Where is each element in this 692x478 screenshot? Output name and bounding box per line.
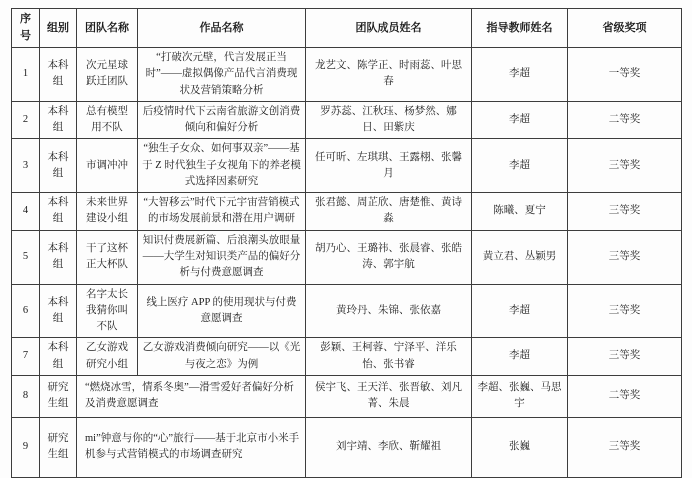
cell-advisors: 黄立君、丛颖男 — [472, 230, 568, 284]
header-members: 团队成员姓名 — [306, 9, 472, 48]
header-work: 作品名称 — [138, 9, 306, 48]
cell-no: 9 — [12, 417, 40, 435]
cell-team: 乙女游戏研究小组 — [77, 338, 138, 376]
cell-advisors: 李超 — [472, 284, 568, 338]
cell-members: 胡乃心、王璐祎、张晨睿、张皓涛、郭宇航 — [306, 230, 472, 284]
cell-award: 三等奖 — [568, 139, 682, 193]
cell-group: 研究生组 — [40, 417, 77, 435]
cell-group: 本科组 — [40, 193, 77, 231]
cell-advisors: 李超 — [472, 101, 568, 139]
cell-advisors: 李超 — [472, 139, 568, 193]
header-award: 省级奖项 — [568, 9, 682, 48]
cell-award: 三等奖 — [568, 417, 682, 435]
cell-group: 本科组 — [40, 139, 77, 193]
cell-award: 二等奖 — [568, 375, 682, 417]
cell-no: 4 — [12, 193, 40, 231]
cell-advisors: 张巍 — [472, 417, 568, 435]
cell-award: 三等奖 — [568, 284, 682, 338]
cell-members: 黄玲丹、朱锦、张依嘉 — [306, 284, 472, 338]
cell-work: “独生子女众、如何事双亲”——基于 Z 时代独生子女视角下的养老模式选择因素研究 — [138, 139, 306, 193]
cell-members: 彭颖、王柯蓉、宁泽平、洋乐怡、张书睿 — [306, 338, 472, 376]
table-row: 9 研究生组 mi”钟意与你的“心”旅行——基于北京市小米手机参与式营销模式的市… — [12, 417, 682, 435]
cell-members: 龙艺文、陈学正、时雨蕊、叶思春 — [306, 48, 472, 102]
table-row: 1 本科组 次元星球跃迁团队 “打破次元壁，代言发展正当时”——虚拟偶像产品代言… — [12, 48, 682, 102]
cell-award: 三等奖 — [568, 338, 682, 376]
cell-no: 7 — [12, 338, 40, 376]
cell-award: 三等奖 — [568, 230, 682, 284]
table-row: 2 本科组 总有模型用不队 后疫情时代下云南省旅游文创消费倾向和偏好分析 罗苏蕊… — [12, 101, 682, 139]
table-row: 5 本科组 干了这杯正大杯队 知识付费展新篇、后浪潮头放眼量——大学生对知识类产… — [12, 230, 682, 284]
header-advisors: 指导教师姓名 — [472, 9, 568, 48]
cell-work: 知识付费展新篇、后浪潮头放眼量——大学生对知识类产品的偏好分析与付费意愿调查 — [138, 230, 306, 284]
cell-members: 侯宇飞、王天洋、张晋敏、刘凡菁、朱晨 — [306, 375, 472, 417]
cell-group: 本科组 — [40, 101, 77, 139]
cell-no: 6 — [12, 284, 40, 338]
cell-award: 一等奖 — [568, 48, 682, 102]
table-row: 6 本科组 名字太长我猜你叫不队 线上医疗 APP 的使用现状与付费意愿调查 黄… — [12, 284, 682, 338]
cell-work: 乙女游戏消费倾向研究——以《光与夜之恋》为例 — [138, 338, 306, 376]
cell-group: 本科组 — [40, 338, 77, 376]
cell-work: mi”钟意与你的“心”旅行——基于北京市小米手机参与式营销模式的市场调查研究 — [77, 417, 306, 435]
cell-work: 线上医疗 APP 的使用现状与付费意愿调查 — [138, 284, 306, 338]
table-row: 4 本科组 未来世界建设小组 “大智移云”时代下元宇宙营销模式的市场发展前景和潜… — [12, 193, 682, 231]
cell-team: 市调冲冲 — [77, 139, 138, 193]
cell-no: 2 — [12, 101, 40, 139]
cell-no: 8 — [12, 375, 40, 417]
cell-advisors: 李超 — [472, 48, 568, 102]
cell-members: 张君懿、周芷欣、唐楚惟、黄诗淼 — [306, 193, 472, 231]
cell-members: 任可昕、左琪琪、王露栩、张馨月 — [306, 139, 472, 193]
cell-advisors: 李超 — [472, 338, 568, 376]
cell-members: 刘宇靖、李欣、靳耀祖 — [306, 417, 472, 435]
cell-team: 次元星球跃迁团队 — [77, 48, 138, 102]
cell-team: 未来世界建设小组 — [77, 193, 138, 231]
header-no: 序号 — [12, 9, 40, 48]
cell-work: “大智移云”时代下元宇宙营销模式的市场发展前景和潜在用户调研 — [138, 193, 306, 231]
cell-no: 5 — [12, 230, 40, 284]
cell-work: “打破次元壁，代言发展正当时”——虚拟偶像产品代言消费现状及营销策略分析 — [138, 48, 306, 102]
header-group: 组别 — [40, 9, 77, 48]
cell-advisors: 李超、张巍、马思宇 — [472, 375, 568, 417]
cell-group: 本科组 — [40, 230, 77, 284]
cell-advisors: 陈曦、夏宁 — [472, 193, 568, 231]
table-row: 7 本科组 乙女游戏研究小组 乙女游戏消费倾向研究——以《光与夜之恋》为例 彭颖… — [12, 338, 682, 376]
cell-no: 1 — [12, 48, 40, 102]
award-table-sheet: 序号 组别 团队名称 作品名称 团队成员姓名 指导教师姓名 省级奖项 1 本科组… — [11, 8, 682, 435]
cell-no: 3 — [12, 139, 40, 193]
cell-award: 二等奖 — [568, 101, 682, 139]
cell-members: 罗苏蕊、江秋珏、杨梦然、娜日、田紫庆 — [306, 101, 472, 139]
header-row: 序号 组别 团队名称 作品名称 团队成员姓名 指导教师姓名 省级奖项 — [12, 9, 682, 48]
cell-team: 干了这杯正大杯队 — [77, 230, 138, 284]
cell-group: 本科组 — [40, 284, 77, 338]
cell-team: 名字太长我猜你叫不队 — [77, 284, 138, 338]
cell-work: 后疫情时代下云南省旅游文创消费倾向和偏好分析 — [138, 101, 306, 139]
cell-work: “燃烧冰雪，情系冬奥”—滑雪爱好者偏好分析及消费意愿调查 — [77, 375, 306, 417]
cell-group: 研究生组 — [40, 375, 77, 417]
cell-award: 三等奖 — [568, 193, 682, 231]
cell-group: 本科组 — [40, 48, 77, 102]
award-table: 序号 组别 团队名称 作品名称 团队成员姓名 指导教师姓名 省级奖项 1 本科组… — [11, 8, 682, 435]
cell-team: 总有模型用不队 — [77, 101, 138, 139]
table-row: 8 研究生组 “燃烧冰雪，情系冬奥”—滑雪爱好者偏好分析及消费意愿调查 侯宇飞、… — [12, 375, 682, 417]
table-row: 3 本科组 市调冲冲 “独生子女众、如何事双亲”——基于 Z 时代独生子女视角下… — [12, 139, 682, 193]
header-team: 团队名称 — [77, 9, 138, 48]
